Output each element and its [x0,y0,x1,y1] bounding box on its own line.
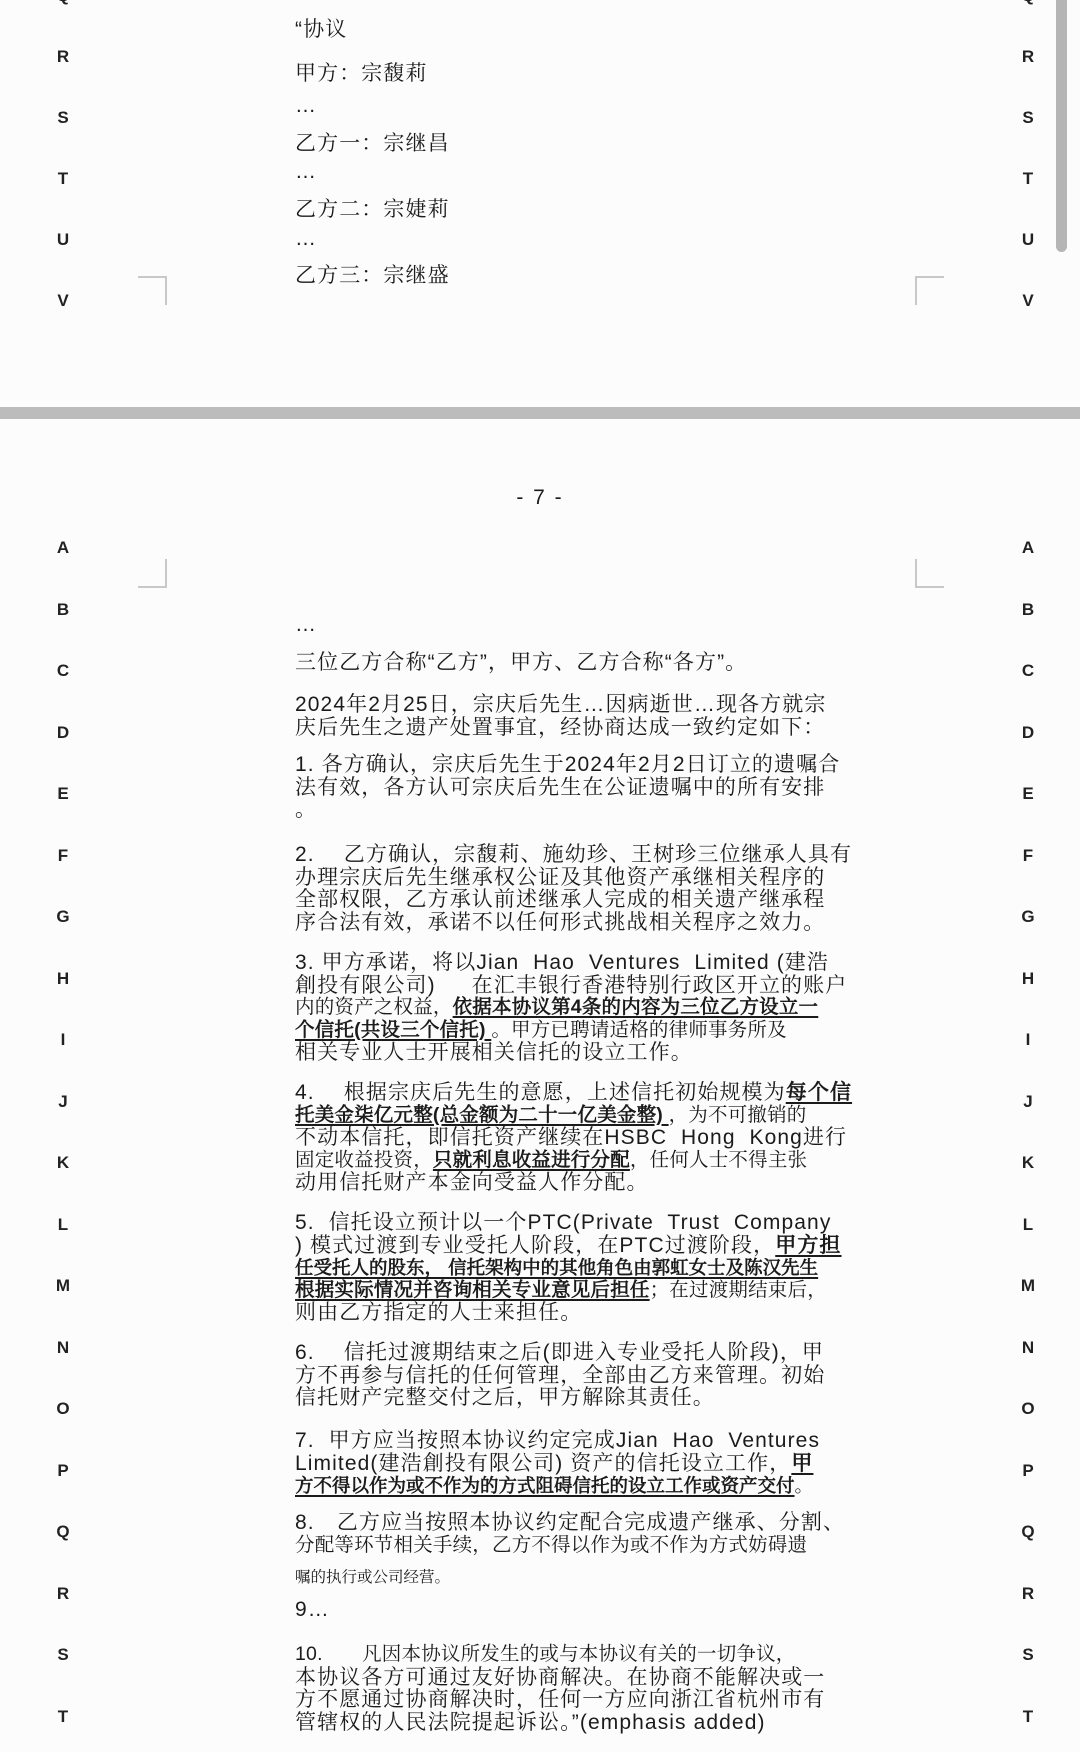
text-segment: 序合法有效，承诺不以任何形式挑战相关程序之效力。 [295,911,825,934]
text-segment: 嘱的执行或公司经营。 [295,1569,450,1586]
emphasized-text: 依据本协议第4条的内容为三位乙方设立一 [453,996,819,1018]
margin-letter-L: L [48,1215,78,1235]
document-line: 本协议各方可通过友好协商解决。在协商不能解决或一 [295,1666,825,1689]
text-segment: 则由乙方指定的人士来担任。 [295,1301,582,1324]
document-line: 6. 信托过渡期结束之后(即进入专业受托人阶段)，甲 [295,1341,824,1364]
emphasized-text: 甲方担 [775,1234,841,1257]
margin-letter-S: S [48,1645,78,1665]
margin-letter-R: R [48,47,78,67]
margin-letter-O: O [1013,1399,1043,1419]
text-segment: ；在过渡期结束后， [650,1279,827,1301]
margin-letter-T: T [1013,169,1043,189]
margin-letter-K: K [48,1153,78,1173]
emphasized-text: 个信托(共设三个信托) [295,1019,491,1041]
text-segment: 办理宗庆后先生继承权公证及其他资产承继相关程序的 [295,866,825,889]
document-line: 2024年2月25日，宗庆后先生…因病逝世…现各方就宗 [295,693,826,716]
margin-letter-F: F [48,846,78,866]
margin-letter-B: B [1013,600,1043,620]
margin-letter-R: R [1013,47,1043,67]
text-segment: 2024年2月25日，宗庆后先生…因病逝世…现各方就宗 [295,693,826,716]
text-segment: … [295,613,317,636]
document-line: … [295,227,317,250]
margin-letter-D: D [48,723,78,743]
corner-mark [138,276,167,305]
text-segment: 1. 各方确认，宗庆后先生于2024年2月2日订立的遗嘱合 [295,753,840,776]
emphasized-text: 方不得以作为或不作为的方式阻碍信托的设立工作或资产交付 [295,1475,795,1496]
text-segment: 6. 信托过渡期结束之后(即进入专业受托人阶段)，甲 [295,1341,824,1364]
text-segment: 7. 甲方应当按照本协议约定完成Jian Hao Ventures [295,1429,820,1452]
margin-letter-A: A [1013,538,1043,558]
document-line: 1. 各方确认，宗庆后先生于2024年2月2日订立的遗嘱合 [295,753,840,776]
margin-letter-L: L [1013,1215,1043,1235]
document-line: 法有效，各方认可宗庆后先生在公证遗嘱中的所有安排 [295,776,825,799]
margin-letter-O: O [48,1399,78,1419]
text-segment: 分配等环节相关手续，乙方不得以作为或不作为方式妨碍遗 [295,1534,807,1556]
text-segment: ) 模式过渡到专业受托人阶段，在PTC过渡阶段， [295,1234,775,1257]
text-segment: 2. 乙方确认，宗馥莉、施幼珍、王树珍三位继承人具有 [295,843,852,866]
text-segment: 本协议各方可通过友好协商解决。在协商不能解决或一 [295,1666,825,1689]
margin-letter-I: I [1013,1030,1043,1050]
margin-letter-T: T [1013,1707,1043,1727]
margin-letter-J: J [48,1092,78,1112]
text-segment: 管辖权的人民法院提起诉讼。”(emphasis added) [295,1711,766,1734]
text-segment: 5. 信托设立预计以一个PTC(Private Trust Company [295,1211,831,1234]
text-segment: 8. 乙方应当按照本协议约定配合完成遗产继承、分割、 [295,1511,845,1534]
document-line: 9… [295,1598,330,1621]
text-segment: 法有效，各方认可宗庆后先生在公证遗嘱中的所有安排 [295,776,825,799]
text-segment: 不动本信托，即信托资产继续在HSBC Hong Kong进行 [295,1126,847,1149]
document-line: 内的资产之权益，依据本协议第4条的内容为三位乙方设立一 [295,996,818,1019]
margin-letter-U: U [48,230,78,250]
text-segment: 固定收益投资， [295,1149,433,1171]
document-line: 全部权限，乙方承认前述继承人完成的相关遗产继承程 [295,888,825,911]
document-line: ) 模式过渡到专业受托人阶段，在PTC过渡阶段，甲方担 [295,1234,842,1257]
document-line: 管辖权的人民法院提起诉讼。”(emphasis added) [295,1711,766,1734]
document-line: 甲方：宗馥莉 [295,62,428,85]
text-segment: 3. 甲方承诺，将以Jian Hao Ventures Limited (建浩 [295,951,829,974]
document-line: 根据实际情况并咨询相关专业意见后担任；在过渡期结束后， [295,1279,827,1302]
text-segment: 方不愿通过协商解决时，任何一方应向浙江省杭州市有 [295,1688,825,1711]
text-segment: ，为不可撤销的 [669,1104,807,1126]
emphasized-text: 托美金柒亿元整(总金额为二十一亿美金整) [295,1104,669,1126]
margin-letter-B: B [48,600,78,620]
margin-letter-G: G [1013,907,1043,927]
margin-letter-T: T [48,169,78,189]
margin-letter-H: H [48,969,78,989]
document-line: 则由乙方指定的人士来担任。 [295,1301,582,1324]
margin-letter-E: E [48,784,78,804]
corner-mark [915,276,944,305]
document-line: Limited(建浩創投有限公司) 资产的信托设立工作，甲 [295,1452,813,1475]
margin-letter-Q: Q [48,0,78,6]
page-separator [0,407,1080,419]
document-line: 序合法有效，承诺不以任何形式挑战相关程序之效力。 [295,911,825,934]
margin-letter-S: S [1013,1645,1043,1665]
margin-letter-J: J [1013,1092,1043,1112]
margin-letter-Q: Q [1013,1522,1043,1542]
text-segment: 。 [795,1475,814,1496]
document-line: 个信托(共设三个信托) 。甲方已聘请适格的律师事务所及 [295,1019,787,1042]
text-segment: 信托财产完整交付之后，甲方解除其责任。 [295,1386,715,1409]
document-line: … [295,613,317,636]
margin-letter-R: R [1013,1584,1043,1604]
text-segment: 創投有限公司) 在汇丰银行香港特别行政区开立的账户 [295,974,847,997]
document-line: 动用信托财产本金向受益人作分配。 [295,1171,649,1194]
margin-letter-T: T [48,1707,78,1727]
text-segment: 动用信托财产本金向受益人作分配。 [295,1171,649,1194]
document-line: 4. 根据宗庆后先生的意愿，上述信托初始规模为每个信 [295,1081,852,1104]
document-line: 相关专业人士开展相关信托的设立工作。 [295,1041,693,1064]
document-line: 固定收益投资，只就利息收益进行分配，任何人士不得主张 [295,1149,807,1172]
margin-letter-S: S [48,108,78,128]
margin-letter-V: V [1013,291,1043,311]
emphasized-text: 根据实际情况并咨询相关专业意见后担任 [295,1279,650,1301]
corner-mark [138,559,167,588]
corner-mark [915,559,944,588]
document-line: 乙方一：宗继昌 [295,132,450,155]
document-line: 方不愿通过协商解决时，任何一方应向浙江省杭州市有 [295,1688,825,1711]
text-segment: 10. 凡因本协议所发生的或与本协议有关的一切争议， [295,1643,796,1665]
document-line: 信托财产完整交付之后，甲方解除其责任。 [295,1386,715,1409]
emphasized-text: 只就利息收益进行分配 [433,1149,630,1171]
margin-letter-F: F [1013,846,1043,866]
text-segment: 4. 根据宗庆后先生的意愿，上述信托初始规模为 [295,1081,786,1104]
document-line: 庆后先生之遗产处置事宜，经协商达成一致约定如下： [295,716,825,739]
text-segment: 三位乙方合称“乙方”，甲方、乙方合称“各方”。 [295,651,747,674]
emphasized-text: 每个信 [786,1081,852,1104]
page-number: - 7 - [0,486,1080,510]
document-line: 托美金柒亿元整(总金额为二十一亿美金整) ，为不可撤销的 [295,1104,807,1127]
margin-letter-M: M [1013,1276,1043,1296]
document-line: 办理宗庆后先生继承权公证及其他资产承继相关程序的 [295,866,825,889]
margin-letter-S: S [1013,108,1043,128]
margin-letter-E: E [1013,784,1043,804]
margin-letter-Q: Q [48,1522,78,1542]
document-line: … [295,94,317,117]
text-segment: 方不再参与信托的任何管理，全部由乙方来管理。初始 [295,1364,825,1387]
document-line: 分配等环节相关手续，乙方不得以作为或不作为方式妨碍遗 [295,1534,807,1557]
document-line: 不动本信托，即信托资产继续在HSBC Hong Kong进行 [295,1126,847,1149]
text-segment: 。 [295,798,317,821]
margin-letter-U: U [1013,230,1043,250]
margin-letter-N: N [48,1338,78,1358]
margin-letter-K: K [1013,1153,1043,1173]
emphasized-text: 任受托人的股东， 信托架构中的其他角色由郭虹女士及陈汉先生 [295,1257,818,1278]
margin-letter-I: I [48,1030,78,1050]
margin-letter-G: G [48,907,78,927]
text-segment: 庆后先生之遗产处置事宜，经协商达成一致约定如下： [295,716,825,739]
margin-letter-Q: Q [1013,0,1043,6]
text-segment: ，任何人士不得主张 [630,1149,807,1171]
document-line: 3. 甲方承诺，将以Jian Hao Ventures Limited (建浩 [295,951,829,974]
document-line: 乙方二：宗婕莉 [295,198,450,221]
document-line: 方不得以作为或不作为的方式阻碍信托的设立工作或资产交付。 [295,1474,813,1497]
margin-letter-D: D [1013,723,1043,743]
document-line: 乙方三：宗继盛 [295,264,450,287]
document-line: 10. 凡因本协议所发生的或与本协议有关的一切争议， [295,1643,796,1666]
margin-letter-P: P [1013,1461,1043,1481]
margin-letter-N: N [1013,1338,1043,1358]
margin-letter-C: C [48,661,78,681]
margin-letter-M: M [48,1276,78,1296]
text-segment: 全部权限，乙方承认前述继承人完成的相关遗产继承程 [295,888,825,911]
document-line: 7. 甲方应当按照本协议约定完成Jian Hao Ventures [295,1429,820,1452]
document-line: 。 [295,798,317,821]
margin-letter-P: P [48,1461,78,1481]
margin-letter-H: H [1013,969,1043,989]
document-line: 8. 乙方应当按照本协议约定配合完成遗产继承、分割、 [295,1511,845,1534]
text-segment: 内的资产之权益， [295,996,453,1018]
document-line: … [295,160,317,183]
text-segment: Limited(建浩創投有限公司) 资产的信托设立工作， [295,1452,791,1475]
document-line: “协议 [295,18,347,41]
document-line: 創投有限公司) 在汇丰银行香港特别行政区开立的账户 [295,974,847,997]
margin-letter-C: C [1013,661,1043,681]
document-line: 5. 信托设立预计以一个PTC(Private Trust Company [295,1211,831,1234]
emphasized-text: 甲 [791,1452,813,1475]
margin-letter-A: A [48,538,78,558]
text-segment: 。甲方已聘请适格的律师事务所及 [491,1019,787,1041]
text-segment: 9… [295,1598,330,1621]
text-segment: 相关专业人士开展相关信托的设立工作。 [295,1041,693,1064]
document-line: 三位乙方合称“乙方”，甲方、乙方合称“各方”。 [295,651,747,674]
margin-letter-V: V [48,291,78,311]
document-line: 方不再参与信托的任何管理，全部由乙方来管理。初始 [295,1364,825,1387]
scrollbar-thumb[interactable] [1056,0,1067,252]
document-line: 2. 乙方确认，宗馥莉、施幼珍、王树珍三位继承人具有 [295,843,852,866]
document-line: 任受托人的股东， 信托架构中的其他角色由郭虹女士及陈汉先生 [295,1256,818,1279]
document-line: 嘱的执行或公司经营。 [295,1566,450,1589]
margin-letter-R: R [48,1584,78,1604]
